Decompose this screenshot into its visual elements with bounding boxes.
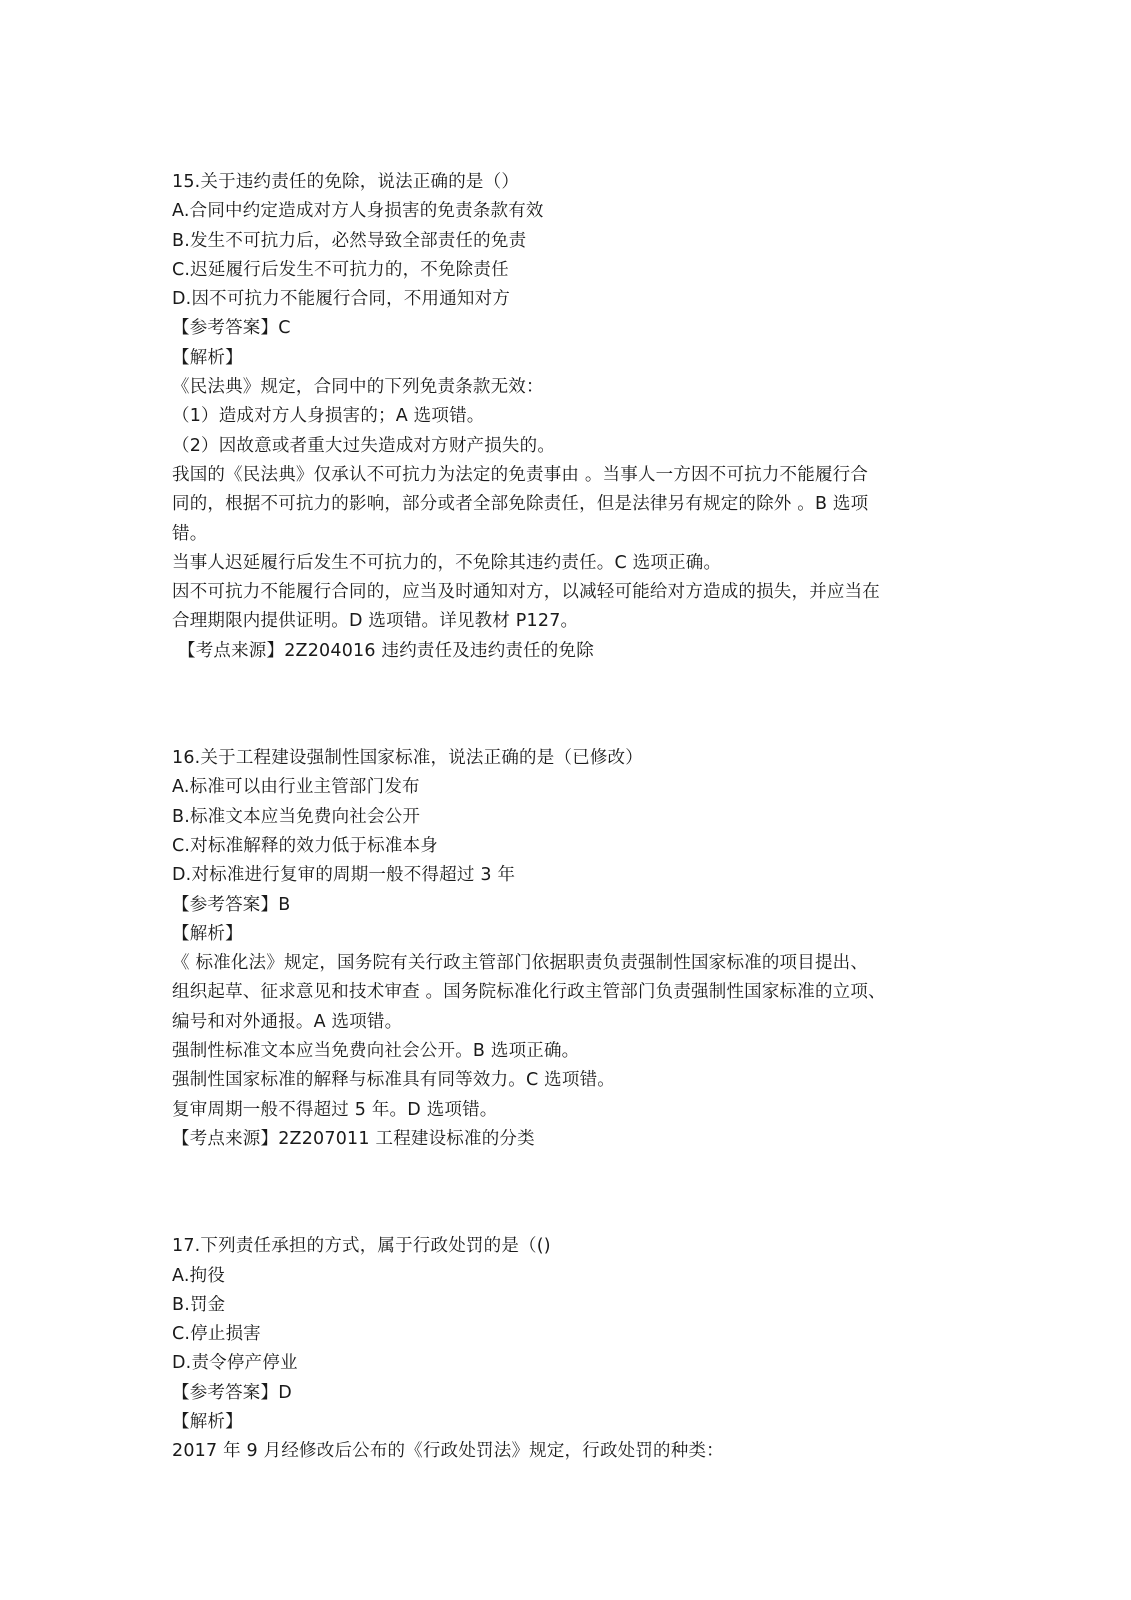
analysis-line: 组织起草、征求意见和技术审查 。国务院标准化行政主管部门负责强制性国家标准的立项… bbox=[172, 978, 972, 1007]
analysis-line: 因不可抗力不能履行合同的，应当及时通知对方，以减轻可能给对方造成的损失，并应当在 bbox=[172, 578, 972, 607]
reference-answer: 【参考答案】B bbox=[172, 891, 972, 920]
analysis-line: 我国的《民法典》仅承认不可抗力为法定的免责事由 。当事人一方因不可抗力不能履行合 bbox=[172, 461, 972, 490]
analysis-line: 复审周期一般不得超过 5 年。D 选项错。 bbox=[172, 1096, 972, 1125]
option-d: D.对标准进行复审的周期一般不得超过 3 年 bbox=[172, 861, 972, 890]
analysis-line: 2017 年 9 月经修改后公布的《行政处罚法》规定，行政处罚的种类： bbox=[172, 1437, 972, 1466]
question-16: 16.关于工程建设强制性国家标准，说法正确的是（已修改） A.标准可以由行业主管… bbox=[172, 744, 972, 1154]
analysis-line: 强制性国家标准的解释与标准具有同等效力。C 选项错。 bbox=[172, 1066, 972, 1095]
spacer bbox=[172, 666, 972, 744]
analysis-line: 编号和对外通报。A 选项错。 bbox=[172, 1008, 972, 1037]
analysis-line: 强制性标准文本应当免费向社会公开。B 选项正确。 bbox=[172, 1037, 972, 1066]
analysis-label: 【解析】 bbox=[172, 344, 972, 373]
option-b: B.发生不可抗力后，必然导致全部责任的免责 bbox=[172, 227, 972, 256]
analysis-line: （1）造成对方人身损害的；A 选项错。 bbox=[172, 402, 972, 431]
analysis-line: 《 标准化法》规定，国务院有关行政主管部门依据职责负责强制性国家标准的项目提出、 bbox=[172, 949, 972, 978]
analysis-label: 【解析】 bbox=[172, 1408, 972, 1437]
source-reference: 【考点来源】2Z207011 工程建设标准的分类 bbox=[172, 1125, 972, 1154]
analysis-line: 《民法典》规定，合同中的下列免责条款无效： bbox=[172, 373, 972, 402]
option-b: B.标准文本应当免费向社会公开 bbox=[172, 803, 972, 832]
reference-answer: 【参考答案】C bbox=[172, 314, 972, 343]
option-a: A.标准可以由行业主管部门发布 bbox=[172, 773, 972, 802]
option-a: A.合同中约定造成对方人身损害的免责条款有效 bbox=[172, 197, 972, 226]
option-c: C.对标准解释的效力低于标准本身 bbox=[172, 832, 972, 861]
option-c: C.迟延履行后发生不可抗力的，不免除责任 bbox=[172, 256, 972, 285]
analysis-line: 当事人迟延履行后发生不可抗力的，不免除其违约责任。C 选项正确。 bbox=[172, 549, 972, 578]
question-stem: 15.关于违约责任的免除，说法正确的是（） bbox=[172, 168, 972, 197]
analysis-line: 合理期限内提供证明。D 选项错。详见教材 P127。 bbox=[172, 607, 972, 636]
option-d: D.责令停产停业 bbox=[172, 1349, 972, 1378]
option-b: B.罚金 bbox=[172, 1291, 972, 1320]
question-stem: 17.下列责任承担的方式，属于行政处罚的是（() bbox=[172, 1232, 972, 1261]
question-stem: 16.关于工程建设强制性国家标准，说法正确的是（已修改） bbox=[172, 744, 972, 773]
question-15: 15.关于违约责任的免除，说法正确的是（） A.合同中约定造成对方人身损害的免责… bbox=[172, 168, 972, 666]
reference-answer: 【参考答案】D bbox=[172, 1379, 972, 1408]
question-17: 17.下列责任承担的方式，属于行政处罚的是（() A.拘役 B.罚金 C.停止损… bbox=[172, 1232, 972, 1466]
option-a: A.拘役 bbox=[172, 1262, 972, 1291]
source-reference: 【考点来源】2Z204016 违约责任及违约责任的免除 bbox=[172, 637, 972, 666]
analysis-line: 错。 bbox=[172, 520, 972, 549]
spacer bbox=[172, 1154, 972, 1232]
option-c: C.停止损害 bbox=[172, 1320, 972, 1349]
document-page: 15.关于违约责任的免除，说法正确的是（） A.合同中约定造成对方人身损害的免责… bbox=[172, 168, 972, 1467]
analysis-label: 【解析】 bbox=[172, 920, 972, 949]
analysis-line: （2）因故意或者重大过失造成对方财产损失的。 bbox=[172, 432, 972, 461]
analysis-line: 同的，根据不可抗力的影响，部分或者全部免除责任，但是法律另有规定的除外 。B 选… bbox=[172, 490, 972, 519]
option-d: D.因不可抗力不能履行合同，不用通知对方 bbox=[172, 285, 972, 314]
